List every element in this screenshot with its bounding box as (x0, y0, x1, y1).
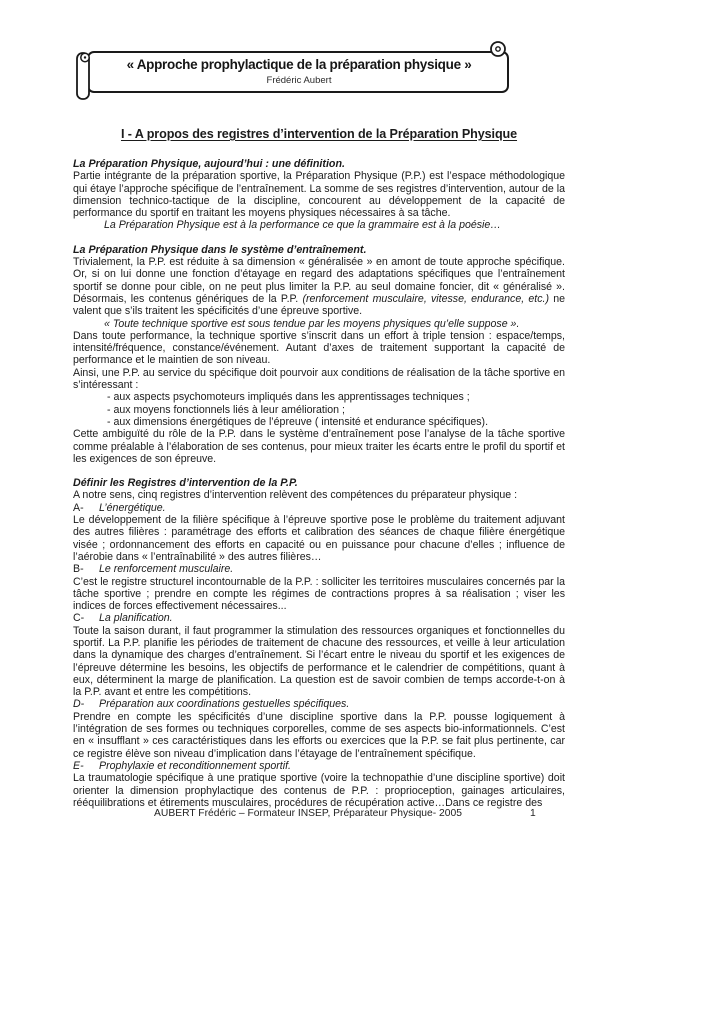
italic-quote: La Préparation Physique est à la perform… (73, 219, 565, 231)
paragraph: Prendre en compte les spécificités d’une… (73, 711, 565, 760)
register-letter: E- (73, 760, 99, 772)
paragraph: Le développement de la filière spécifiqu… (73, 514, 565, 563)
paragraph-italic-segment: (renforcement musculaire, vitesse, endur… (302, 293, 549, 305)
page-number: 1 (530, 808, 536, 819)
paragraph: La traumatologie spécifique à une pratiq… (73, 772, 565, 809)
paragraph: Partie intégrante de la préparation spor… (73, 170, 565, 219)
subsection-heading-definition: La Préparation Physique, aujourd’hui : u… (73, 158, 565, 170)
register-letter: A- (73, 502, 99, 514)
list-item: - aux moyens fonctionnels liés à leur am… (73, 404, 565, 416)
paragraph: C’est le registre structurel incontourna… (73, 576, 565, 613)
paragraph: Ainsi, une P.P. au service du spécifique… (73, 367, 565, 392)
list-item: - aux aspects psychomoteurs impliqués da… (73, 391, 565, 403)
register-label-row: A-L’énergétique. (73, 502, 565, 514)
footer-text: AUBERT Frédéric – Formateur INSEP, Prépa… (73, 808, 543, 819)
register-letter: B- (73, 563, 99, 575)
register-title: La planification. (99, 612, 173, 624)
register-label-row: C-La planification. (73, 612, 565, 624)
register-letter: C- (73, 612, 99, 624)
list-item: - aux dimensions énergétiques de l’épreu… (73, 416, 565, 428)
paragraph: Dans toute performance, la technique spo… (73, 330, 565, 367)
subsection-heading-registres: Définir les Registres d’intervention de … (73, 477, 565, 489)
paragraph: A notre sens, cinq registres d’intervent… (73, 489, 565, 501)
italic-quote: « Toute technique sportive est sous tend… (73, 318, 565, 330)
register-title: L’énergétique. (99, 502, 166, 514)
page-heading: I - A propos des registres d’interventio… (73, 127, 565, 141)
document-author: Frédéric Aubert (94, 75, 504, 86)
paragraph: Cette ambiguïté du rôle de la P.P. dans … (73, 428, 565, 465)
document-body: I - A propos des registres d’interventio… (73, 106, 565, 809)
subsection-heading-systeme: La Préparation Physique dans le système … (73, 244, 565, 256)
register-label-row: D-Préparation aux coordinations gestuell… (73, 698, 565, 710)
paragraph: Trivialement, la P.P. est réduite à sa d… (73, 256, 565, 317)
title-banner: « Approche prophylactique de la préparat… (70, 36, 520, 106)
register-label-row: B-Le renforcement musculaire. (73, 563, 565, 575)
register-title: Le renforcement musculaire. (99, 563, 233, 575)
register-letter: D- (73, 698, 99, 710)
paragraph: Toute la saison durant, il faut programm… (73, 625, 565, 699)
document-page: « Approche prophylactique de la préparat… (0, 0, 724, 1024)
document-title: « Approche prophylactique de la préparat… (94, 57, 504, 72)
register-label-row: E-Prophylaxie et reconditionnement sport… (73, 760, 565, 772)
register-title: Préparation aux coordinations gestuelles… (99, 698, 349, 710)
register-title: Prophylaxie et reconditionnement sportif… (99, 760, 291, 772)
